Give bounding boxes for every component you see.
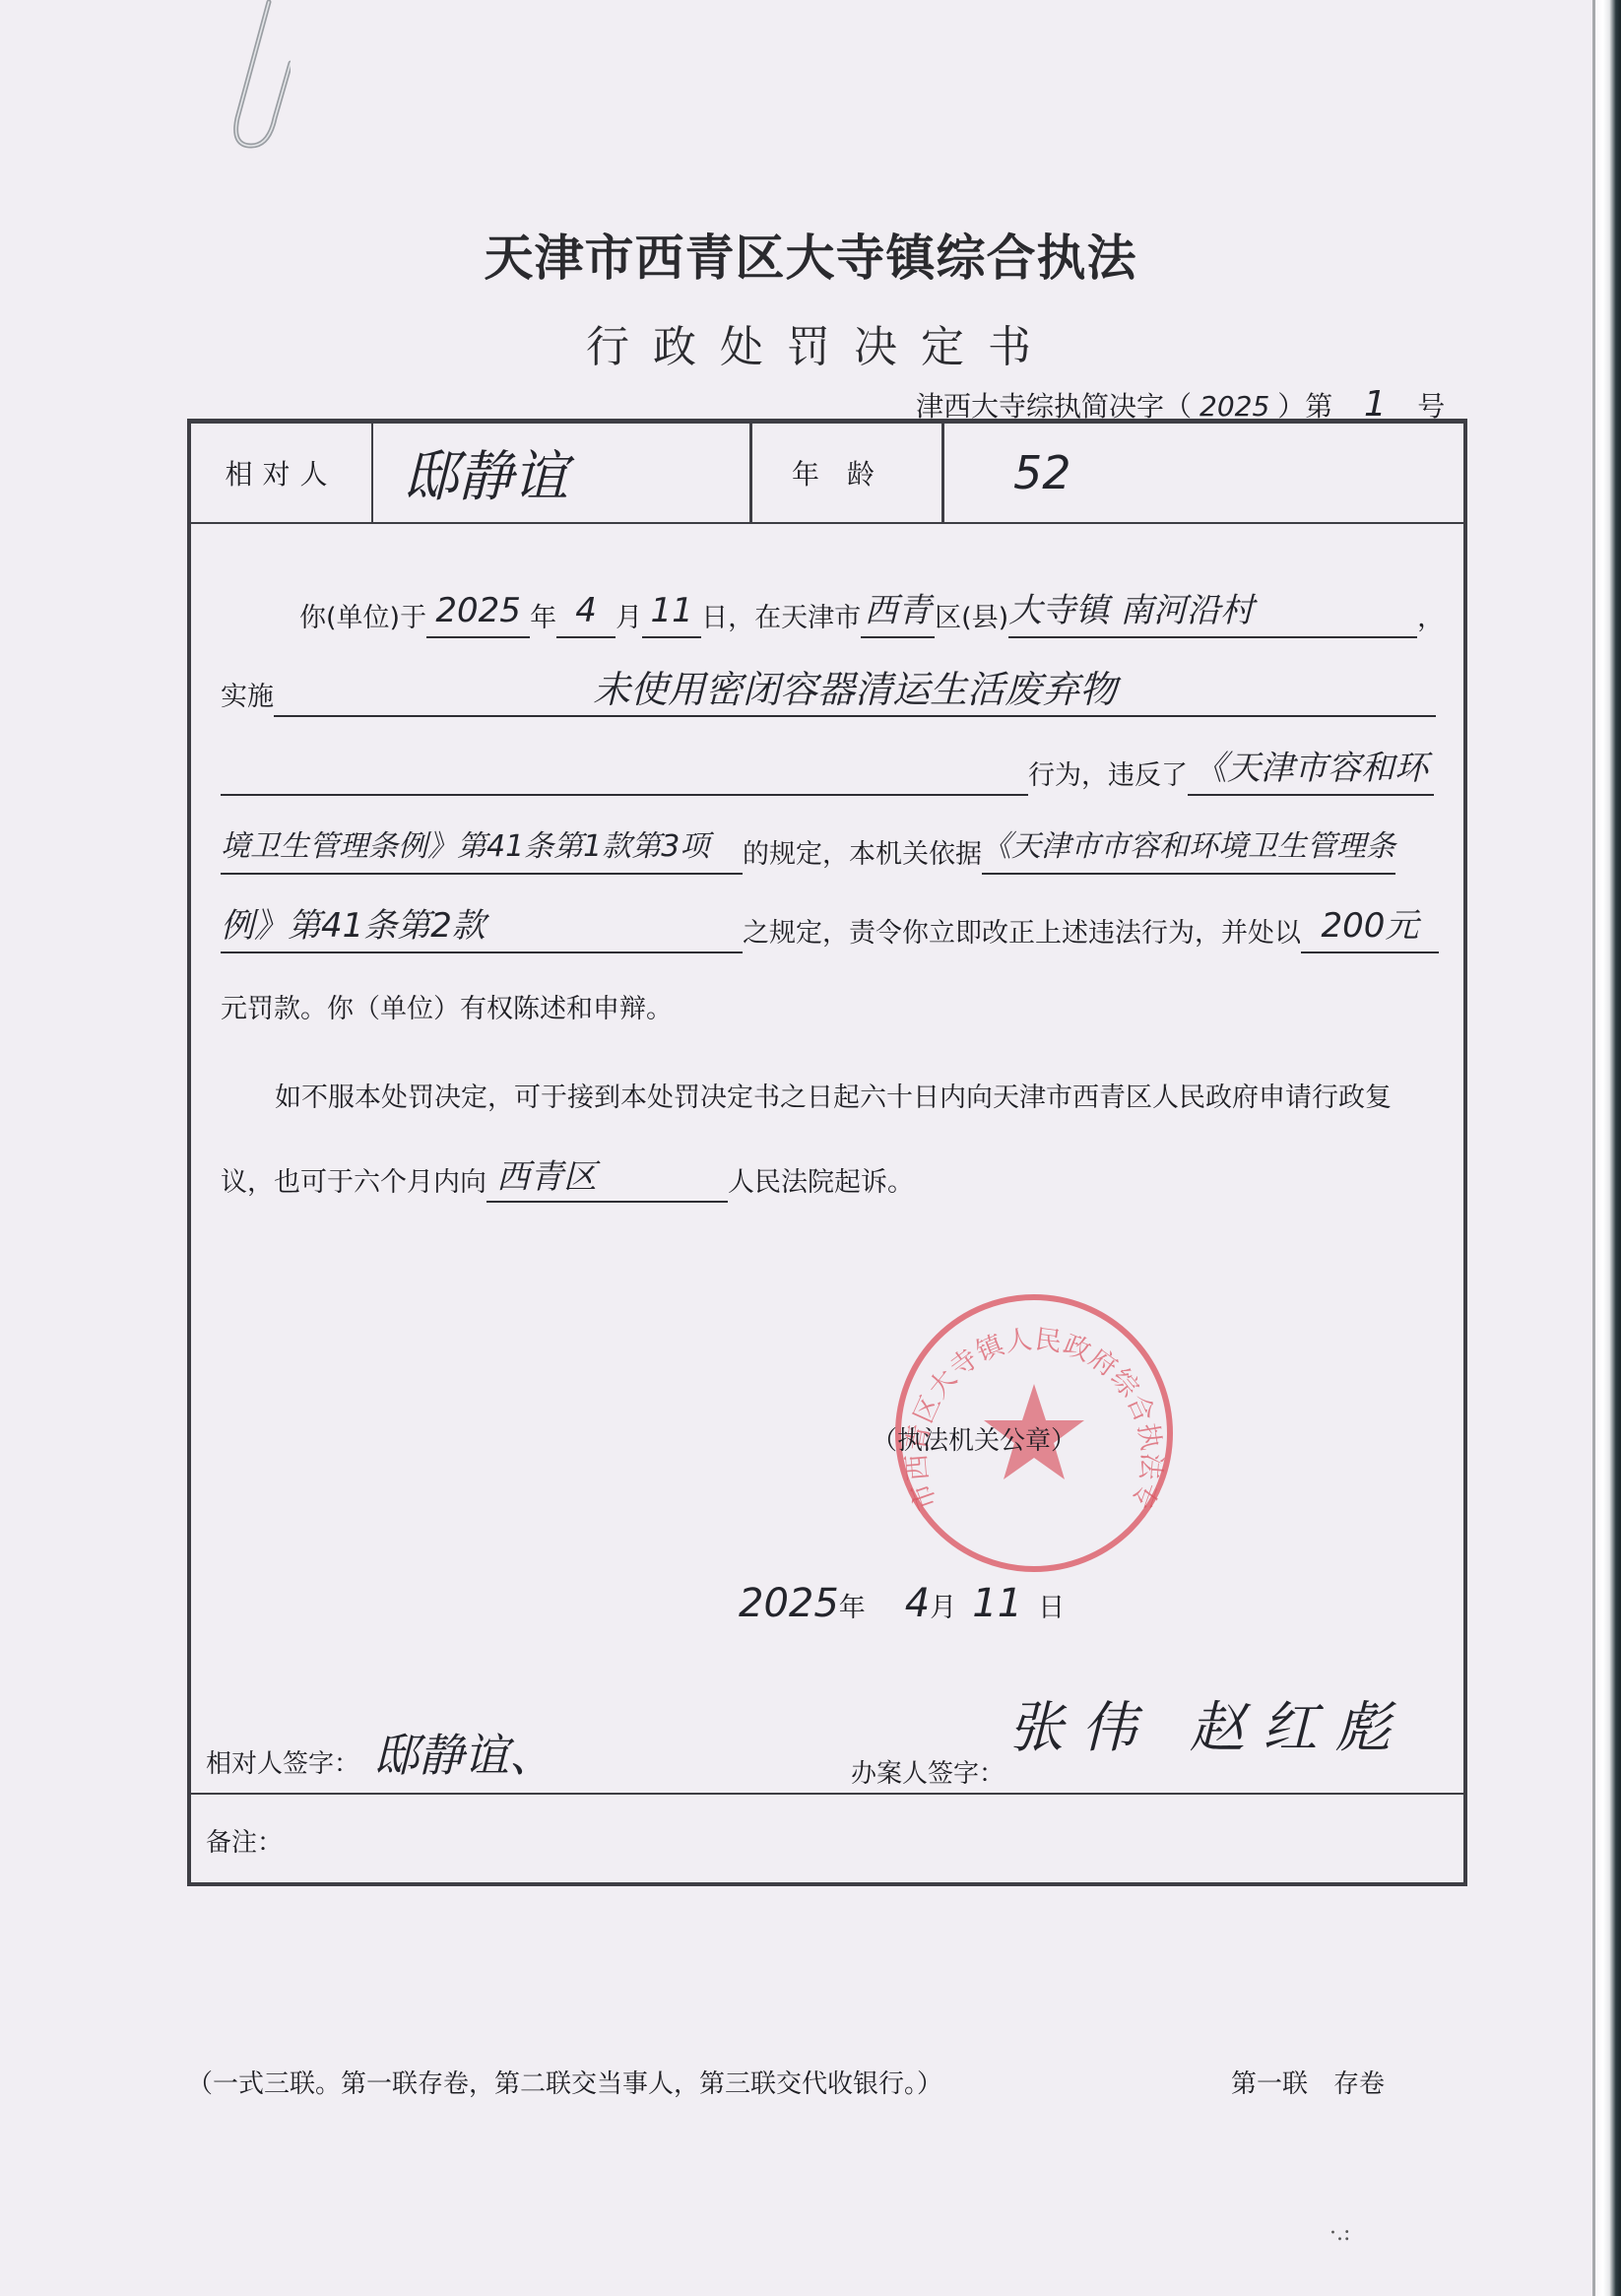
party-name: 邸静谊 (373, 424, 752, 522)
text: 年 (839, 1593, 866, 1623)
document-subtitle: 行政处罚决定书 (0, 311, 1621, 374)
party-signature: 邸静谊、 (373, 1720, 554, 1785)
party-label: 相对人 (191, 424, 373, 522)
issue-year: 2025 (739, 1581, 839, 1626)
party-age: 52 (944, 424, 1463, 522)
incident-month: 4 (556, 591, 616, 638)
conduct-line: 实施未使用密闭容器清运生活废弃物 (221, 670, 1444, 729)
party-signature-label: 相对人签字： (206, 1743, 359, 1780)
text: 区(县) (935, 603, 1008, 633)
officer-signature: 张伟 赵红彪 (1008, 1684, 1408, 1763)
text: 之规定，责令你立即改正上述违法行为，并处以 (743, 918, 1301, 949)
document-title: 天津市西青区大寺镇综合执法 (0, 219, 1621, 290)
violated-law-field: 《天津市容和环 (1188, 749, 1434, 796)
text: 月 (930, 1593, 956, 1623)
conduct-field: 未使用密闭容器清运生活废弃物 (274, 670, 1436, 717)
scan-specks: ·.: (1329, 2221, 1350, 2246)
text: 你(单位)于 (299, 603, 426, 633)
appeal-line-2: 议，也可于六个月内向西青区人民法院起诉。 (221, 1157, 1444, 1216)
conduct-field-continued (221, 749, 1028, 796)
text: 月 (616, 603, 642, 633)
footer-note: （一式三联。第一联存卷，第二联交当事人，第三联交代收银行。） (187, 2064, 942, 2100)
seal-caption: （执法机关公章） (872, 1420, 1076, 1457)
officer-signature-label: 办案人签字： (851, 1753, 1005, 1790)
text: 年 (530, 603, 556, 633)
rights-line: 元罚款。你（单位）有权陈述和申辩。 (221, 990, 1444, 1049)
violated-article-line: 境卫生管理条例》第41条第1款第3项的规定，本机关依据《天津市市容和环境卫生管理… (221, 827, 1444, 886)
violated-article-field: 境卫生管理条例》第41条第1款第3项 (221, 827, 743, 875)
text: 议，也可于六个月内向 (221, 1167, 486, 1198)
incident-location: 大寺镇 南河沿村 (1008, 591, 1417, 638)
party-row: 相对人 邸静谊 年龄 52 (191, 424, 1463, 524)
incident-district: 西青 (861, 591, 935, 638)
copy-label: 第一联 存卷 (1231, 2064, 1385, 2100)
violation-line: 行为，违反了《天津市容和环 (221, 749, 1444, 808)
text: 的规定，本机关依据 (743, 839, 982, 870)
issue-month: 4 (905, 1581, 930, 1626)
legal-basis-field-continued: 例》第41条第2款 (221, 906, 743, 953)
appeal-line-1: 如不服本处罚决定，可于接到本处罚决定书之日起六十日内向天津市西青区人民政府申请行… (221, 1079, 1444, 1138)
text: 人民法院起诉。 (728, 1167, 914, 1198)
age-label: 年龄 (752, 424, 944, 522)
fine-amount-field: 200元 (1301, 906, 1439, 953)
incident-year: 2025 (426, 591, 530, 638)
penalty-line: 例》第41条第2款之规定，责令你立即改正上述违法行为，并处以200元 (221, 906, 1444, 965)
court-field: 西青区 (486, 1157, 728, 1203)
text: 行为，违反了 (1028, 760, 1188, 791)
incident-line: 你(单位)于2025年4月11日，在天津市西青区(县)大寺镇 南河沿村， (221, 591, 1444, 650)
incident-day: 11 (642, 591, 701, 638)
text: 实施 (221, 682, 274, 712)
issue-date: 2025年4月11日 (739, 1581, 1065, 1626)
paperclip-icon (222, 0, 291, 158)
text: 日，在天津市 (701, 603, 861, 633)
decision-form: 相对人 邸静谊 年龄 52 你(单位)于2025年4月11日，在天津市西青区(县… (187, 419, 1467, 1886)
legal-basis-field: 《天津市市容和环境卫生管理条 (982, 827, 1395, 875)
signature-row: 相对人签字： 邸静谊、 办案人签字： 张伟 赵红彪 (191, 1704, 1463, 1795)
text: ， (1417, 603, 1444, 633)
remarks-label: 备注： (206, 1822, 283, 1859)
issue-day: 11 (972, 1581, 1022, 1626)
text: 日 (1038, 1593, 1065, 1623)
